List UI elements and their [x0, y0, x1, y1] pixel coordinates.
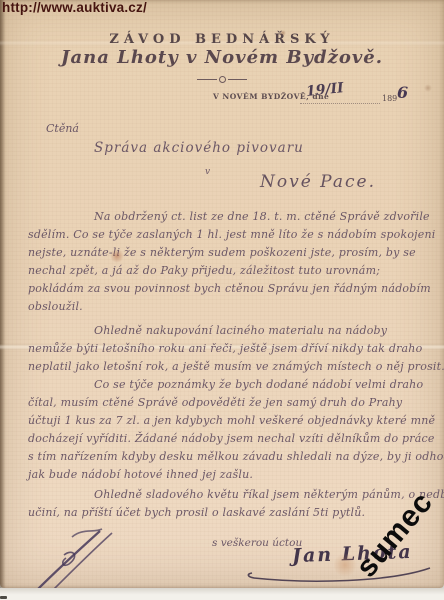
closing-valediction: s veškerou úctou [212, 537, 302, 549]
letter-line: obsloužil. [28, 298, 430, 316]
letterhead-owner-name: Jana Lhoty v Novém Bydžově. [0, 47, 444, 68]
letter-line: pokládám za svou povinnost bych ctěnou S… [28, 280, 430, 298]
letter-line: nechal zpět, a já až do Paky přijedu, zá… [28, 262, 430, 280]
letter-line: neplatil jako letošní rok, a ještě musím… [28, 358, 430, 376]
letter-body: Na obdržený ct. list ze dne 18. t. m. ct… [28, 208, 430, 522]
address-salutation: Ctěná [46, 122, 79, 135]
dateline-year-printed: 189 [382, 94, 397, 103]
address-city: Nové Pace. [260, 172, 376, 192]
letter-line: Ohledně nakupování laciného materialu na… [28, 322, 430, 340]
letter-line: učiní, na příští účet bych prosil o lask… [28, 504, 430, 522]
ornament-bar [228, 79, 248, 80]
address-preposition: v [205, 167, 210, 177]
letter-line: čítal, musím ctěné Správě odpověděti že … [28, 394, 430, 412]
letterhead-business-name: ZÁVOD BEDNÁŘSKÝ [0, 32, 444, 47]
letter-paper: http://www.auktiva.cz/ ZÁVOD BEDNÁŘSKÝ J… [0, 0, 444, 588]
letter-line: Na obdržený ct. list ze dne 18. t. m. ct… [28, 208, 430, 226]
dateline-rule [300, 103, 380, 104]
ornament-bar [197, 79, 217, 80]
letter-line: docházejí vyříditi. Žádané nádoby jsem n… [28, 430, 430, 448]
stain-spot [424, 84, 432, 92]
letter-line: Ohledně sladového květu říkal jsem někte… [28, 486, 430, 504]
scanner-background [0, 588, 444, 600]
ornament-divider [197, 76, 247, 83]
letter-line: sdělím. Co se týče zaslaných 1 hl. jest … [28, 226, 430, 244]
scanned-letter-image: http://www.auktiva.cz/ ZÁVOD BEDNÁŘSKÝ J… [0, 0, 444, 600]
letter-line: s tím nařízením kdyby desku mělkou závad… [28, 448, 430, 466]
scan-edge-artifact [0, 596, 7, 599]
letter-line: nemůže býti letošního roku ani řeči, ješ… [28, 340, 430, 358]
ornament-dot [219, 76, 226, 83]
address-recipient: Správa akciového pivovaru [94, 140, 304, 156]
auction-site-url-watermark: http://www.auktiva.cz/ [2, 0, 147, 15]
dateline-year-digit-handwritten: 6 [397, 83, 408, 102]
letter-line: účtuji 1 kus za 7 zl. a jen kdybych mohl… [28, 412, 430, 430]
signature-flourish [240, 560, 435, 590]
letter-line: nejste, uznáte-li že s některým sudem po… [28, 244, 430, 262]
received-note-scribble [20, 525, 120, 595]
scan-edge-shadow [0, 0, 5, 588]
dateline-date-handwritten: 19/II [305, 80, 344, 100]
letter-line: jak bude nádobí hotové ihned jej zašlu. [28, 466, 430, 484]
letter-line: Co se týče poznámky že bych dodané nádob… [28, 376, 430, 394]
